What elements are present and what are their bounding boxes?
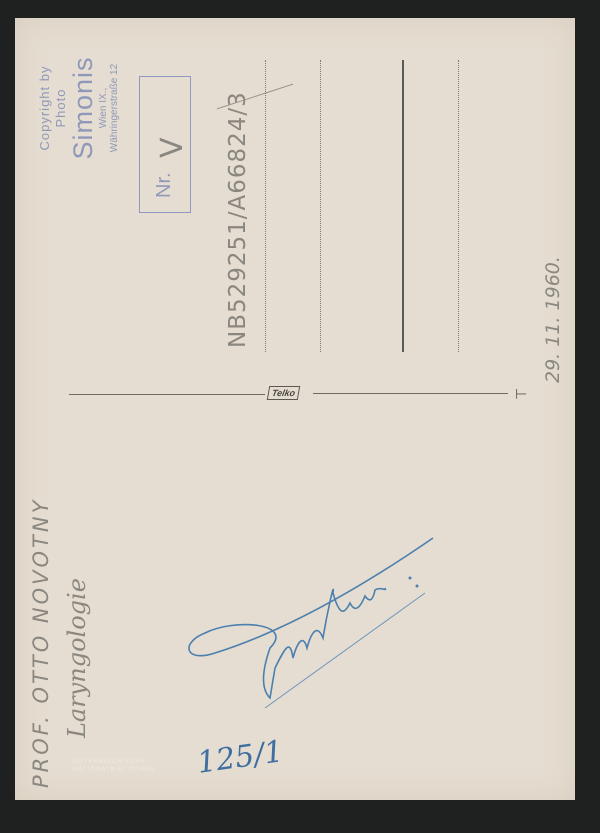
caption-name: PROF. OTTO NOVOTNY — [29, 498, 53, 788]
faint-library-stamp: ÖSTERREICHISCHE NATIONALBIBLIOTHEK — [73, 758, 183, 774]
address-line-1 — [265, 60, 266, 352]
date: 29. 11. 1960. — [542, 256, 564, 383]
stamp-position-icon: ⊤ — [513, 388, 530, 400]
inventory-number: NB529251/A66824/3 — [225, 91, 251, 348]
divider-right — [313, 393, 508, 394]
stamp-copyright-line: Copyright by — [37, 33, 52, 183]
postcard-back: Copyright by Photo Simonis Wien IX., Wäh… — [15, 18, 575, 800]
stamp-studio-name: Simonis — [68, 33, 98, 183]
photographer-stamp: Copyright by Photo Simonis Wien IX., Wäh… — [37, 33, 120, 183]
stamp-city: Wien IX., — [98, 33, 109, 183]
stamp-number-value: V — [155, 137, 190, 158]
stamp-number-label: Nr. — [153, 172, 176, 198]
catalog-number: 125/1 — [195, 734, 285, 781]
divider-left — [69, 394, 265, 395]
address-line-3 — [402, 60, 404, 352]
stamp-address: Währingerstraße 12 — [109, 33, 120, 183]
caption-subject: Laryngologie — [63, 578, 91, 738]
signature — [175, 518, 455, 718]
address-line-2 — [320, 60, 321, 352]
stamp-photo-line: Photo — [53, 33, 68, 183]
address-line-4 — [458, 60, 459, 352]
printer-mark: Telko — [267, 386, 301, 400]
